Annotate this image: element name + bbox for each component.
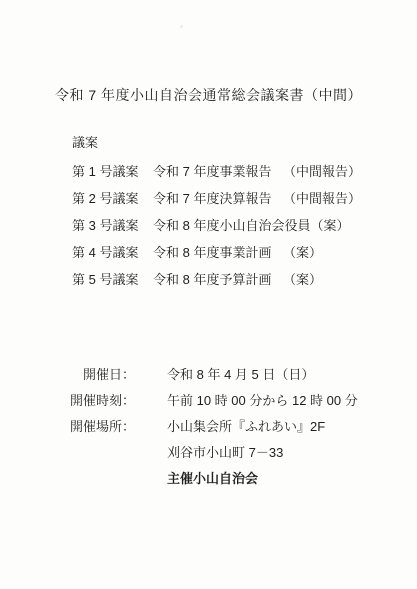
- meeting-time-label: 開催時刻：: [60, 390, 135, 409]
- agenda-item-number: 第 3 号議案: [72, 215, 153, 234]
- agenda-row: 第 4 号議案 令和 8 年度事業計画 （案）: [72, 242, 417, 269]
- agenda-item-title: 令和 8 年度事業計画: [153, 242, 283, 261]
- agenda-item-title: 令和 7 年度決算報告: [153, 188, 283, 207]
- document-page: 令和 7 年度小山自治会通常総会議案書（中間） 議案 第 1 号議案 令和 7 …: [0, 0, 417, 589]
- meeting-place-label: 開催場所：: [60, 416, 135, 435]
- meeting-time-row: 開催時刻： 午前 10 時 00 分から 12 時 00 分: [60, 390, 417, 416]
- agenda-item-title: 令和 8 年度予算計画: [153, 269, 283, 288]
- meeting-place-row: 開催場所： 小山集会所『ふれあい』2F: [60, 416, 417, 442]
- meeting-address-row: 刈谷市小山町 7－33: [60, 442, 417, 468]
- meeting-address-value: 刈谷市小山町 7－33: [167, 442, 283, 461]
- agenda-row: 第 3 号議案 令和 8 年度小山自治会役員（案）: [72, 215, 417, 242]
- agenda-row: 第 5 号議案 令和 8 年度予算計画 （案）: [72, 269, 417, 296]
- meeting-date-label: 開催日：: [60, 364, 135, 383]
- agenda-item-number: 第 5 号議案: [72, 269, 153, 288]
- organizer-row: 主催小山自治会: [60, 468, 417, 494]
- agenda-section-heading: 議案: [72, 135, 98, 150]
- agenda-row: 第 1 号議案 令和 7 年度事業報告 （中間報告）: [72, 161, 417, 188]
- agenda-item-note: （案）: [283, 242, 322, 261]
- document-title: 令和 7 年度小山自治会通常総会議案書（中間）: [0, 86, 417, 104]
- agenda-item-number: 第 2 号議案: [72, 188, 153, 207]
- agenda-item-title: 令和 8 年度小山自治会役員（案）: [153, 215, 349, 234]
- scan-artifact: [180, 25, 183, 28]
- organizer-value: 主催小山自治会: [167, 468, 258, 487]
- agenda-item-title: 令和 7 年度事業報告: [153, 161, 283, 180]
- agenda-item-note: （中間報告）: [283, 188, 361, 207]
- meeting-place-value: 小山集会所『ふれあい』2F: [167, 416, 325, 435]
- agenda-item-note: （中間報告）: [283, 161, 361, 180]
- agenda-list: 第 1 号議案 令和 7 年度事業報告 （中間報告） 第 2 号議案 令和 7 …: [72, 161, 417, 296]
- agenda-item-note: （案）: [283, 269, 322, 288]
- meeting-time-value: 午前 10 時 00 分から 12 時 00 分: [167, 390, 358, 409]
- agenda-row: 第 2 号議案 令和 7 年度決算報告 （中間報告）: [72, 188, 417, 215]
- meeting-info: 開催日： 令和 8 年 4 月 5 日（日） 開催時刻： 午前 10 時 00 …: [60, 364, 417, 494]
- agenda-item-number: 第 4 号議案: [72, 242, 153, 261]
- meeting-date-value: 令和 8 年 4 月 5 日（日）: [167, 364, 314, 383]
- agenda-item-number: 第 1 号議案: [72, 161, 153, 180]
- meeting-date-row: 開催日： 令和 8 年 4 月 5 日（日）: [60, 364, 417, 390]
